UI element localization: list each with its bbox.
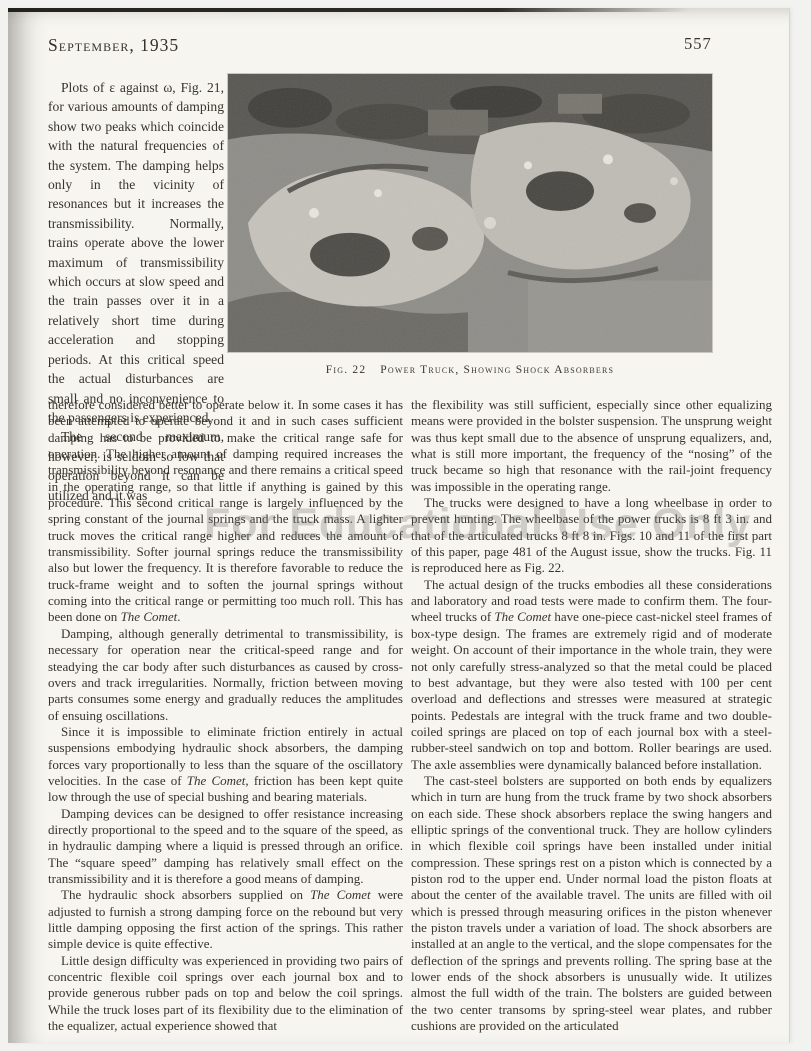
paragraph: The hydraulic shock absorbers supplied o… (48, 887, 403, 952)
scan-edge-artifact (8, 8, 690, 12)
paragraph: Damping, although generally detrimental … (48, 626, 403, 724)
scanned-journal-page: September, 1935 557 (0, 0, 811, 1051)
header-date: September, 1935 (48, 35, 179, 56)
paragraph: Little design difficulty was experienced… (48, 953, 403, 1035)
paragraph: The trucks were designed to have a long … (411, 495, 772, 577)
figure-caption: Fig. 22Power Truck, Showing Shock Absorb… (228, 364, 712, 376)
paper-sheet: September, 1935 557 (8, 8, 790, 1043)
truck-photo-illustration (228, 74, 712, 352)
paragraph: therefore considered better to operate b… (48, 397, 403, 626)
paragraph: Since it is impossible to eliminate fric… (48, 724, 403, 806)
paragraph: the flexibility was still sufficient, es… (411, 397, 772, 495)
paragraph: The cast-steel bolsters are supported on… (411, 773, 772, 1035)
figure-title: Power Truck, Showing Shock Absorbers (380, 364, 614, 376)
figure-photo (228, 74, 712, 352)
column-left-wide: therefore considered better to operate b… (48, 397, 403, 1034)
page-number: 557 (684, 34, 712, 54)
figure-label: Fig. 22 (326, 364, 367, 376)
paragraph: The actual design of the trucks embodies… (411, 577, 772, 773)
paragraph: Damping devices can be designed to offer… (48, 806, 403, 888)
paragraph: Plots of ε against ω, Fig. 21, for vario… (48, 78, 224, 427)
column-right: the flexibility was still sufficient, es… (411, 397, 772, 1034)
